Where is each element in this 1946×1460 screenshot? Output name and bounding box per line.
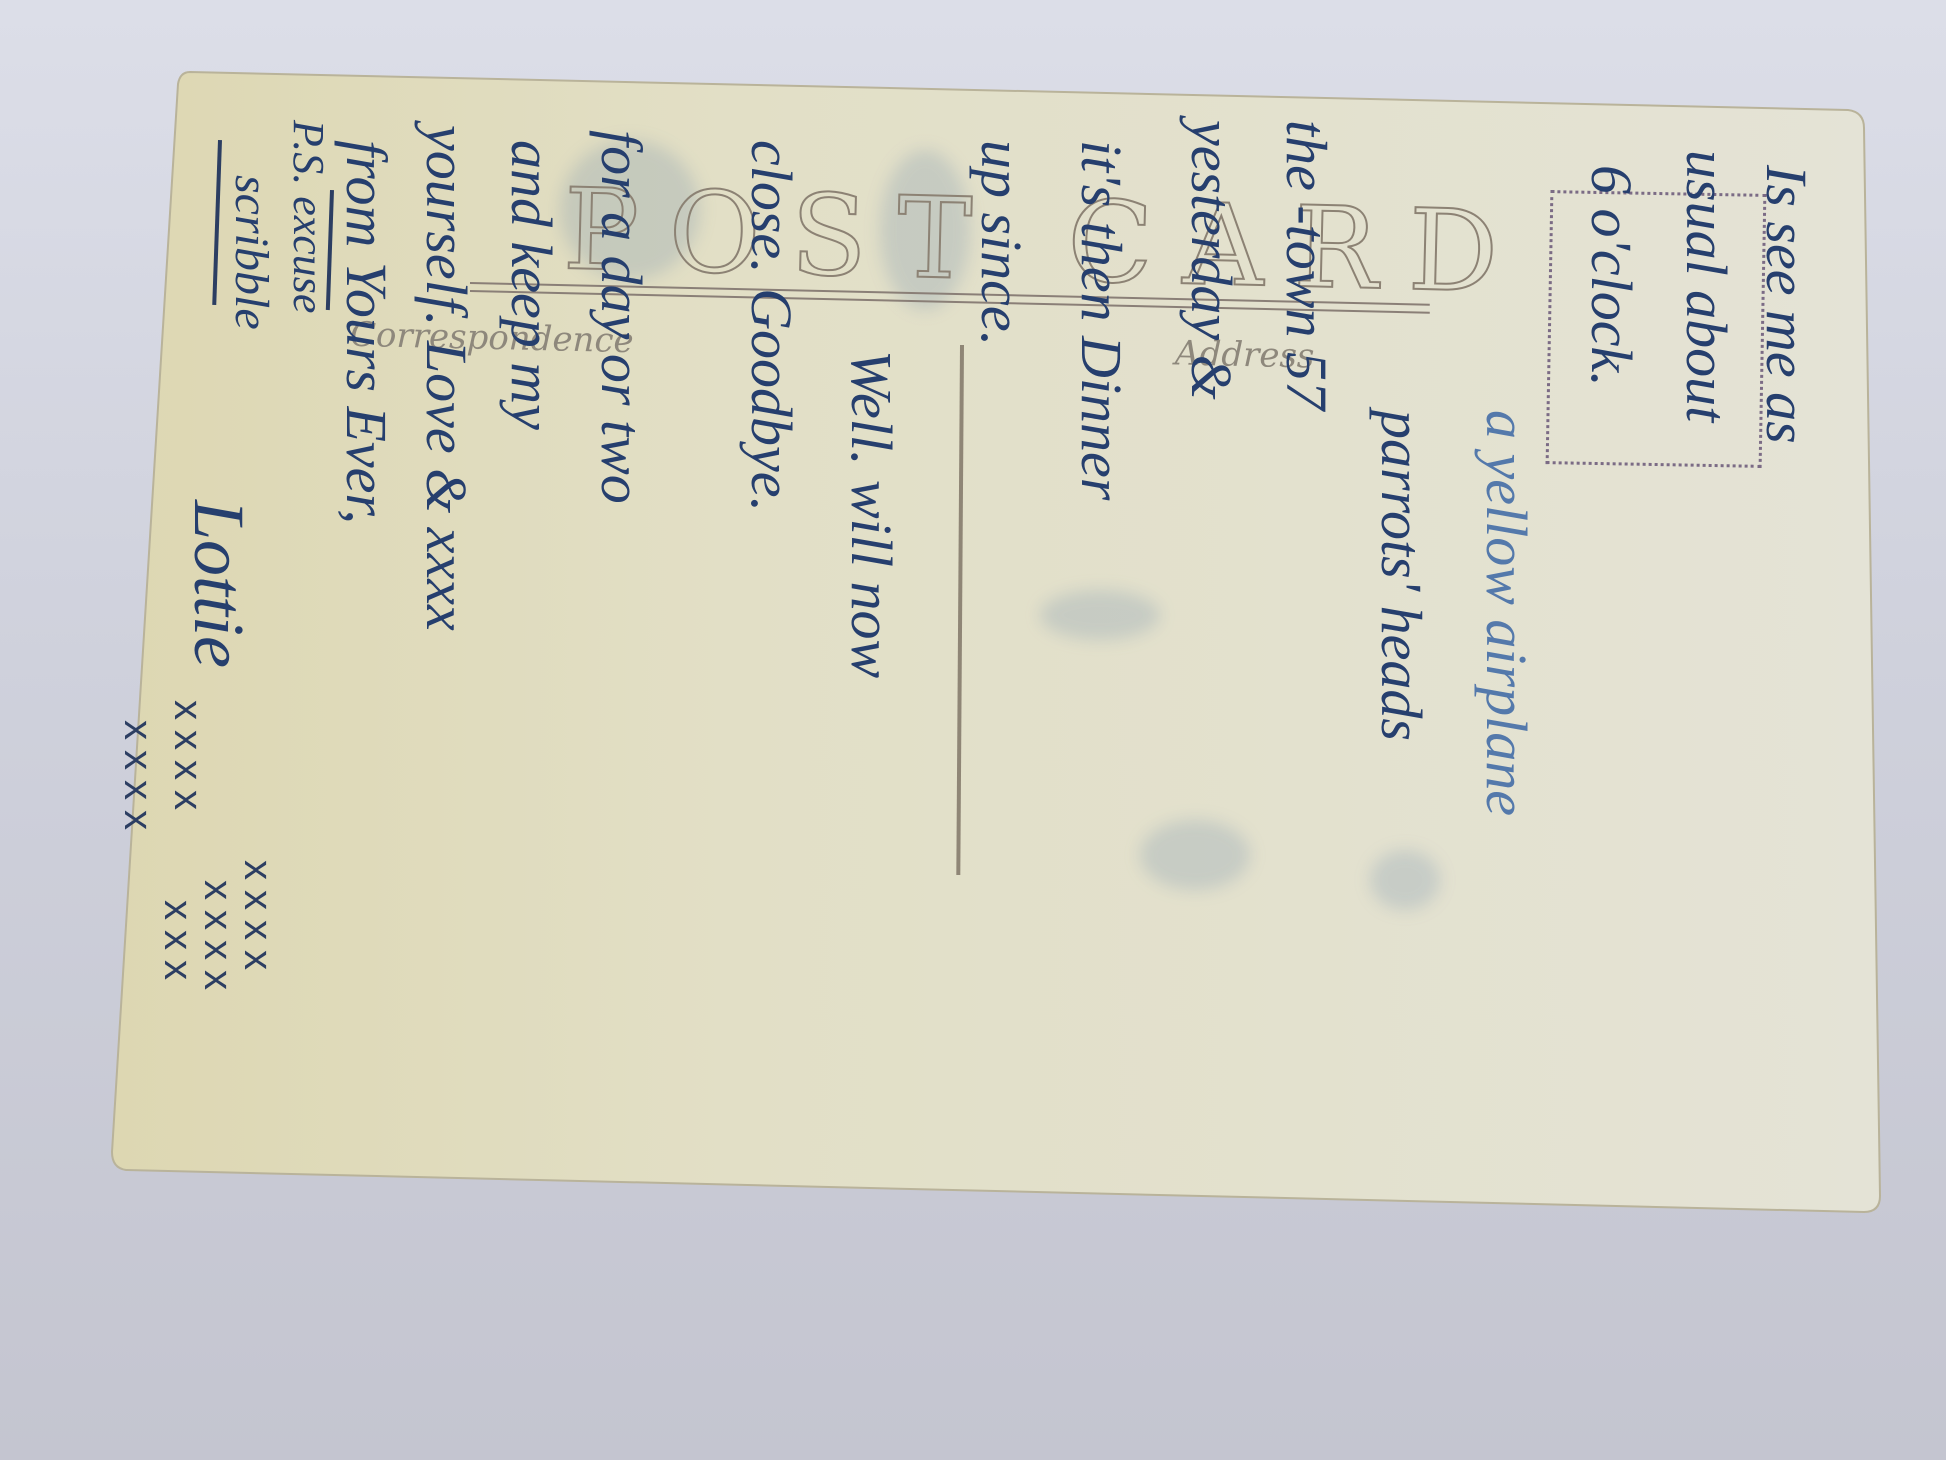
- kisses: xxxx: [165, 700, 210, 820]
- handwriting-line: Well. will now: [842, 350, 900, 678]
- handwriting-line: and keep my: [502, 140, 560, 430]
- handwriting-line: scribble: [227, 175, 275, 330]
- handwriting-line: P.S. excuse: [286, 120, 330, 313]
- kisses: xxx: [155, 900, 200, 990]
- ink-stain: [1370, 850, 1440, 910]
- handwriting-line: up since.: [972, 140, 1030, 346]
- handwriting-line: close. Goodbye.: [742, 140, 800, 512]
- handwriting-line: parrots' heads: [1372, 410, 1430, 741]
- kisses: xxxx: [115, 720, 160, 840]
- handwriting-line: the -town 57: [1277, 120, 1335, 410]
- signature: Lottie: [183, 500, 255, 668]
- handwriting-line: a yellow airplane: [1477, 410, 1535, 816]
- handwriting-line: yourself. Love & xxxx: [417, 125, 475, 631]
- handwriting-line: for a day or two: [592, 130, 650, 504]
- handwriting-line: it's then Dinner: [1072, 140, 1130, 500]
- handwriting-line: yesterday &: [1182, 120, 1240, 400]
- kisses: xxxx: [235, 860, 280, 980]
- handwriting-line: from Yours Ever,: [337, 140, 395, 524]
- handwriting-line: Is see me as: [1757, 165, 1815, 444]
- handwriting-line: usual about: [1677, 150, 1735, 422]
- ink-stain: [1040, 590, 1160, 640]
- postcard: POST CARD Correspondence Address Is see …: [0, 0, 1946, 1460]
- kisses: xxxx: [195, 880, 240, 1000]
- handwriting-line: 6 o'clock.: [1582, 165, 1640, 387]
- ink-stain: [1140, 820, 1250, 890]
